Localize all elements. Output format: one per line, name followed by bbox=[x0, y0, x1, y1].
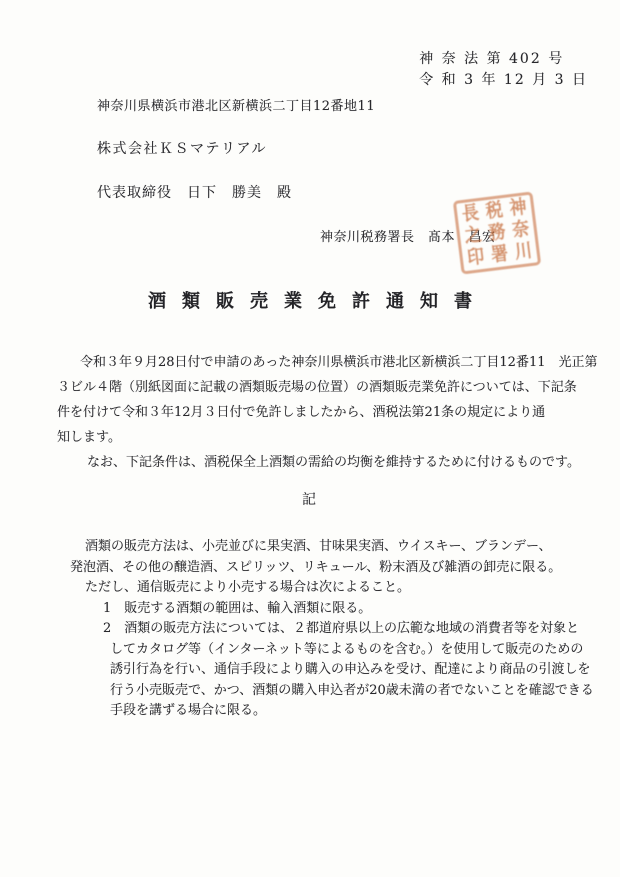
body-line: 件を付けて令和３年12月３日付で免許しましたから、酒税法第21条の規定により通 bbox=[57, 400, 598, 425]
condition-item-2: 2 酒類の販売方法については、２都道府県以上の広範な地域の消費者等を対象と bbox=[70, 619, 594, 640]
condition-line: 手段を講ずる場合に限る。 bbox=[70, 701, 594, 722]
notification-paragraph: 令和３年９月28日付で申請のあった神奈川県横浜市港北区新横浜二丁目12番11 光… bbox=[57, 350, 598, 475]
body-line: ３ビル４階（別紙図面に記載の酒類販売場の位置）の酒類販売業免許については、下記条 bbox=[57, 375, 598, 400]
condition-line: してカタログ等（インターネット等によるものを含む。）を使用して販売のための bbox=[70, 640, 594, 661]
ki-heading: 記 bbox=[0, 489, 620, 509]
body-line: なお、下記条件は、酒税保全上酒類の需給の均衡を維持するために付けるものです。 bbox=[57, 450, 598, 475]
condition-line: 発泡酒、その他の醸造酒、スピリッツ、リキュール、粉末酒及び雑酒の卸売に限る。 bbox=[70, 558, 594, 579]
seal-char: 印 bbox=[462, 244, 489, 271]
document-number: 神 奈 法 第 402 号 bbox=[419, 49, 588, 70]
document-date: 令 和 3 年 12 月 3 日 bbox=[419, 70, 588, 91]
seal-char: 署 bbox=[486, 241, 513, 268]
recipient-address: 神奈川県横浜市港北区新横浜二丁目12番地11 bbox=[97, 95, 375, 114]
official-seal-stamp: 長 税 神 之 務 奈 印 署 川 bbox=[453, 191, 541, 274]
document-title: 酒類販売業免許通知書 bbox=[0, 287, 620, 313]
body-line: 令和３年９月28日付で申請のあった神奈川県横浜市港北区新横浜二丁目12番11 光… bbox=[57, 350, 598, 375]
recipient-company: 株式会社ＫＳマテリアル bbox=[97, 138, 267, 158]
scanned-document-page: 神 奈 法 第 402 号 令 和 3 年 12 月 3 日 神奈川県横浜市港北… bbox=[0, 0, 620, 877]
condition-line: ただし、通信販売により小売する場合は次によること。 bbox=[70, 578, 594, 599]
document-header: 神 奈 法 第 402 号 令 和 3 年 12 月 3 日 bbox=[419, 49, 588, 91]
condition-line: 行う小売販売で、かつ、酒類の購入申込者が20歳未満の者でないことを確認できる bbox=[70, 681, 594, 702]
condition-line: 誘引行為を行い、通信手段により購入の申込みを受け、配達により商品の引渡しを bbox=[70, 660, 594, 681]
recipient-representative: 代表取締役 日下 勝美 殿 bbox=[97, 182, 292, 202]
condition-item-1: 1 販売する酒類の範囲は、輸入酒類に限る。 bbox=[70, 599, 594, 620]
condition-line: 酒類の販売方法は、小売並びに果実酒、甘味果実酒、ウイスキー、ブランデー、 bbox=[70, 537, 594, 558]
seal-char: 川 bbox=[510, 238, 537, 265]
body-line: 知します。 bbox=[57, 425, 598, 450]
conditions-section: 酒類の販売方法は、小売並びに果実酒、甘味果実酒、ウイスキー、ブランデー、 発泡酒… bbox=[70, 537, 594, 722]
